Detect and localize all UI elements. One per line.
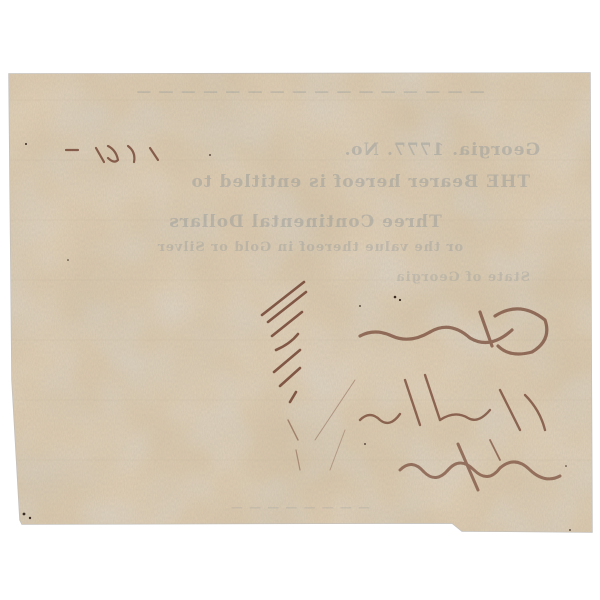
scan-stage: — — — — — — — — — — — — — — — — Georgia.… <box>0 0 600 600</box>
paper-note <box>0 0 600 600</box>
